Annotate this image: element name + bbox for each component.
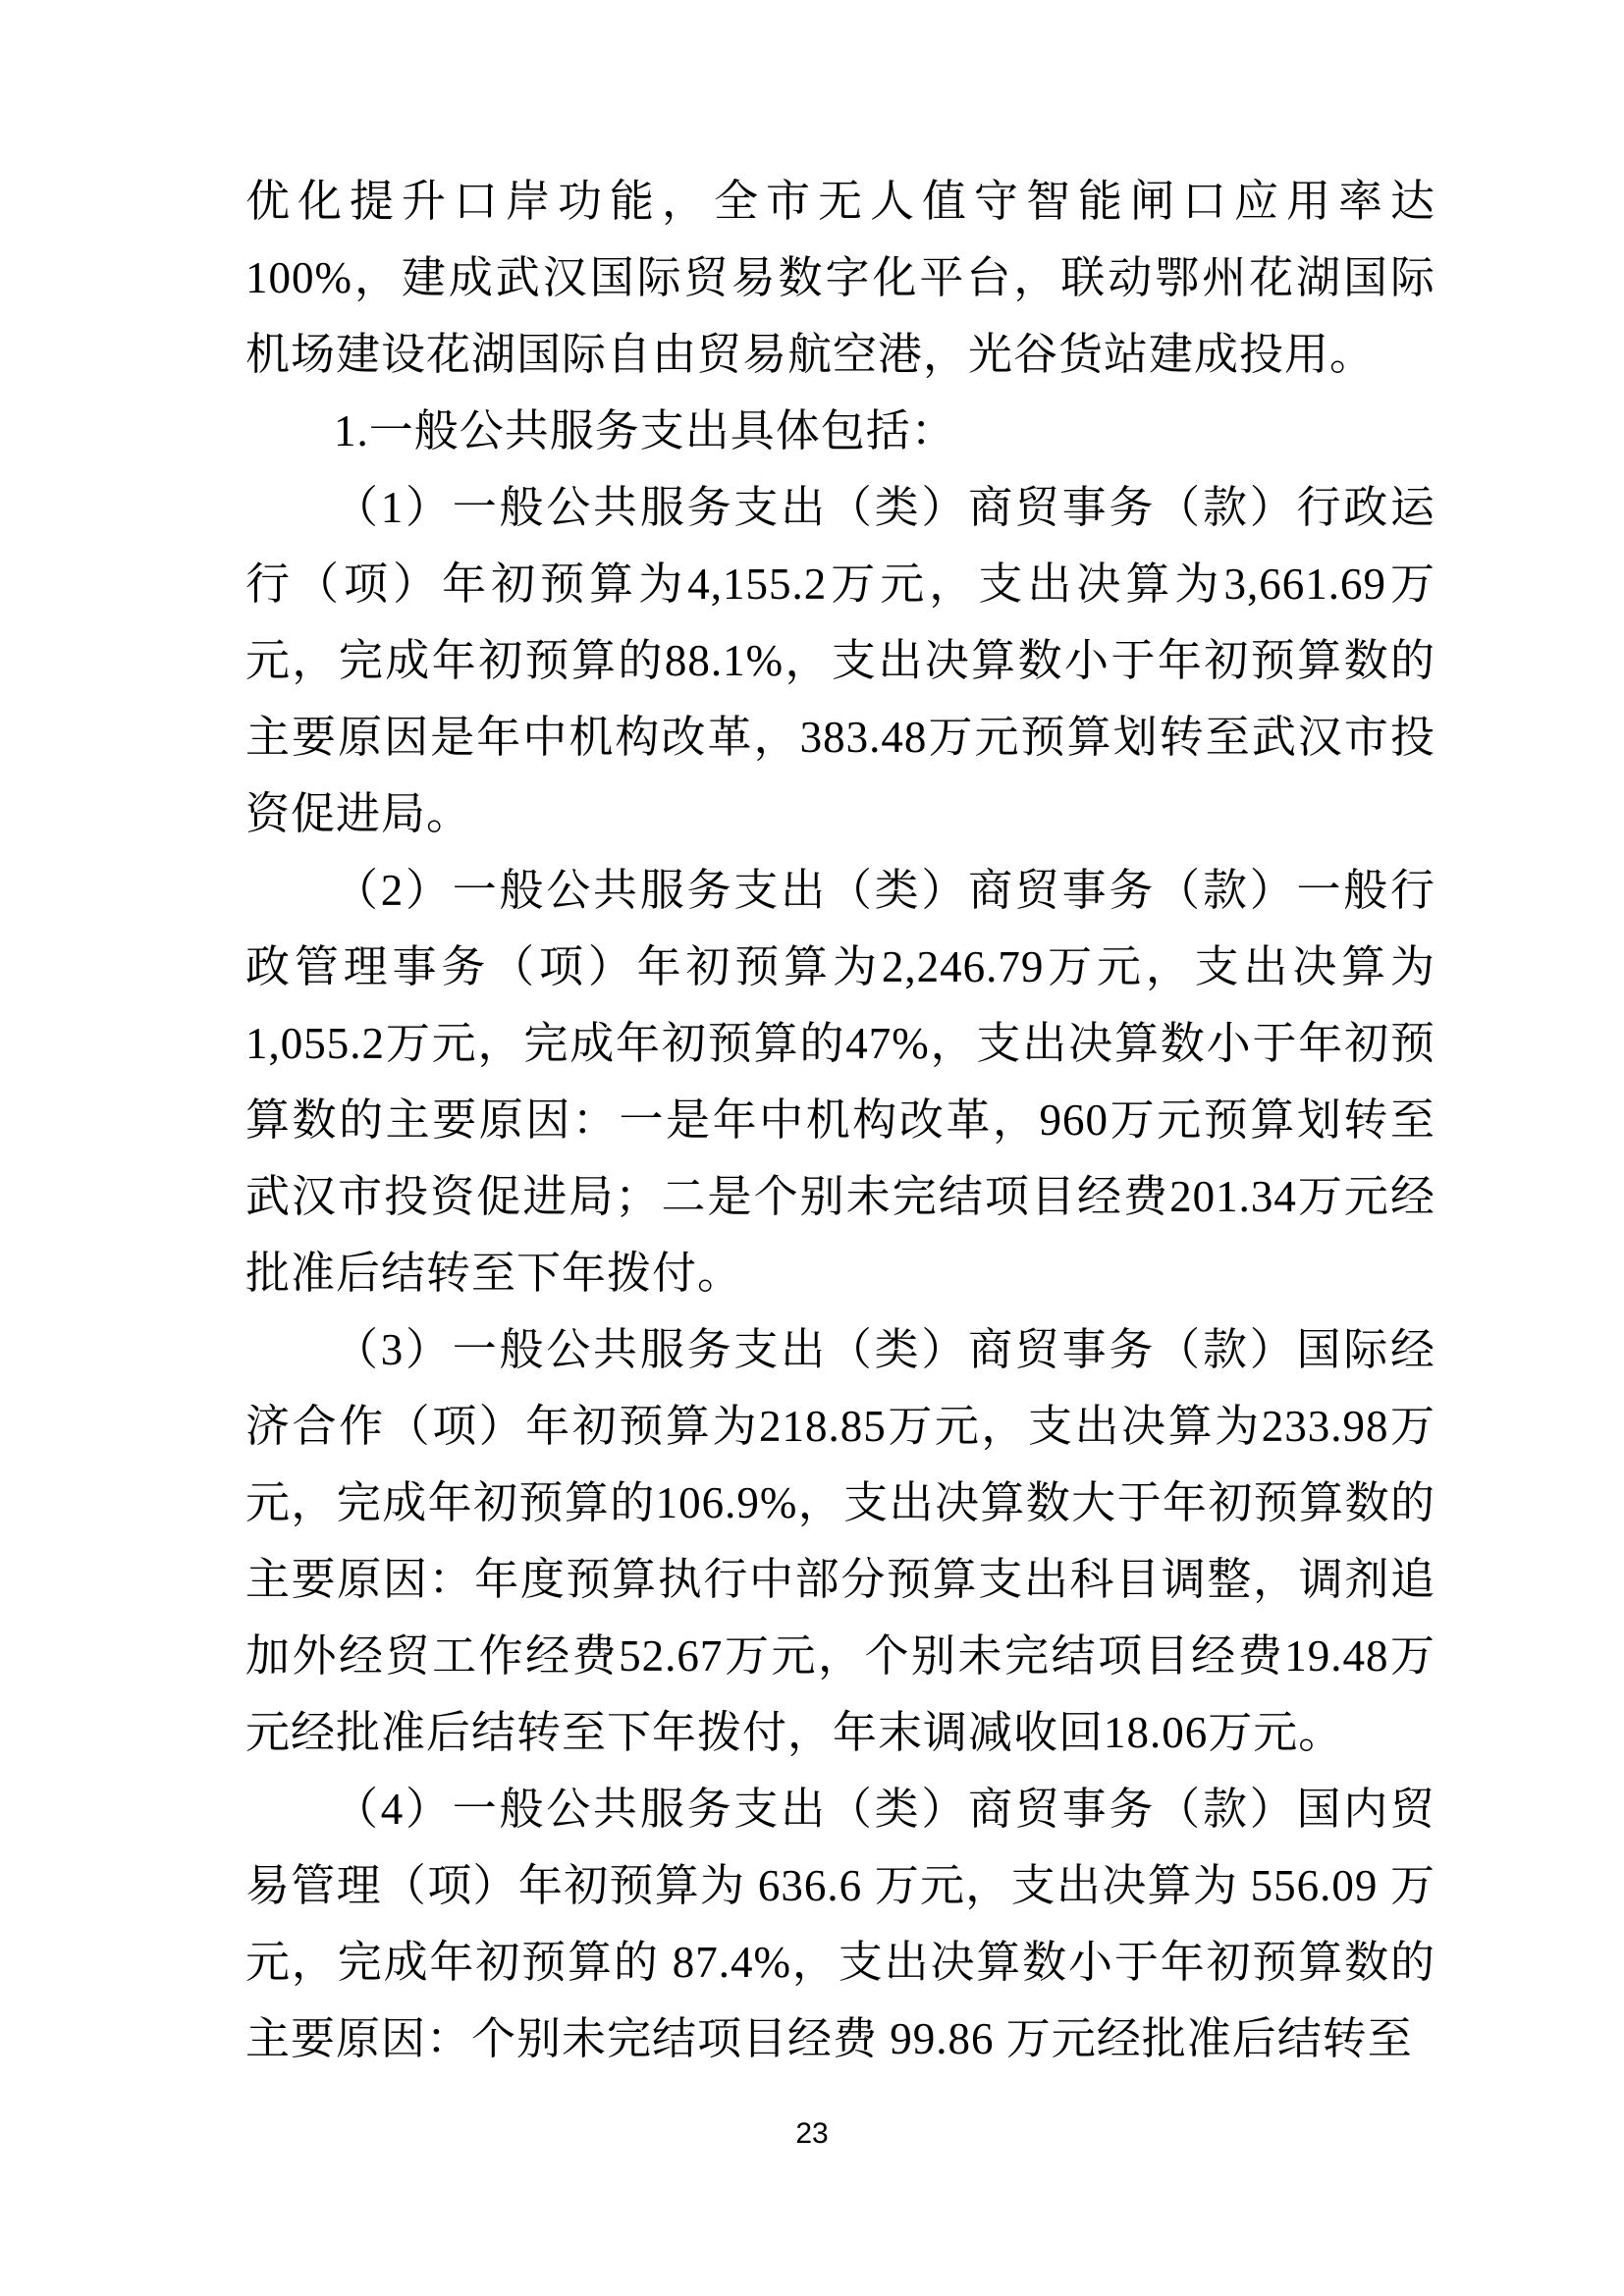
paragraph-item-2-general-administration: （2）一般公共服务支出（类）商贸事务（款）一般行政管理事务（项）年初预算为2,2…: [245, 852, 1435, 1311]
paragraph-item-4-domestic-trade: （4）一般公共服务支出（类）商贸事务（款）国内贸易管理（项）年初预算为 636.…: [245, 1771, 1435, 2077]
paragraph-port-functions: 优化提升口岸功能，全市无人值守智能闸口应用率达100%，建成武汉国际贸易数字化平…: [245, 163, 1435, 393]
paragraph-item-1-administrative-operation: （1）一般公共服务支出（类）商贸事务（款）行政运行（项）年初预算为4,155.2…: [245, 469, 1435, 852]
document-page: 优化提升口岸功能，全市无人值守智能闸口应用率达100%，建成武汉国际贸易数字化平…: [0, 0, 1624, 2296]
paragraph-section-heading: 1.一般公共服务支出具体包括：: [245, 393, 1435, 469]
document-body: 优化提升口岸功能，全市无人值守智能闸口应用率达100%，建成武汉国际贸易数字化平…: [245, 163, 1435, 2077]
paragraph-item-3-international-cooperation: （3）一般公共服务支出（类）商贸事务（款）国际经济合作（项）年初预算为218.8…: [245, 1311, 1435, 1771]
page-number: 23: [0, 2116, 1624, 2152]
